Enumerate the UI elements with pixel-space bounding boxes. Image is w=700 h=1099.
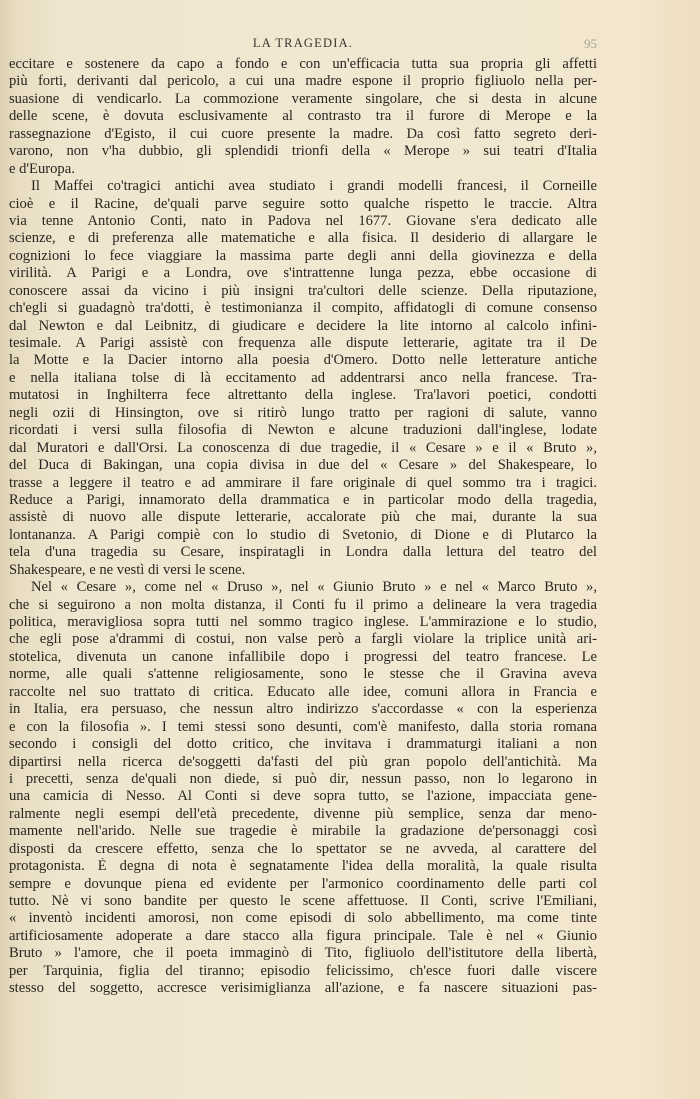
paragraph-start-line: Il Maffei co'tragici antichi avea studia… <box>9 178 597 195</box>
book-page: LA TRAGEDIA. 95 eccitare e sostenere da … <box>0 0 700 1099</box>
paragraph-end-line: Shakespeare, e ne vestì di versi le scen… <box>9 562 597 579</box>
text-line: norme, alle quali s'attenne religiosamen… <box>9 666 597 683</box>
text-line: sempre e dovunque piena ed evidente per … <box>9 876 597 893</box>
text-line: conoscere assai da vicino i più insigni … <box>9 283 597 300</box>
text-line: assistè di nuovo alle dispute letterarie… <box>9 509 597 526</box>
text-line: delle scene, è dovuta esclusivamente al … <box>9 108 597 125</box>
text-line: negli ozii di Hinsington, ove si ritirò … <box>9 405 597 422</box>
text-line: del Duca di Bakingan, una copia divisa i… <box>9 457 597 474</box>
text-line: protagonista. È degna di nota è segnatam… <box>9 858 597 875</box>
text-line: ralmente negli esempi dell'età precedent… <box>9 806 597 823</box>
text-line: « inventò incidenti amorosi, non come ep… <box>9 910 597 927</box>
text-line: artificiosamente adoperate a dare stacco… <box>9 928 597 945</box>
text-line: scienze, e di preferenza alle matematich… <box>9 230 597 247</box>
text-line: e nella italiana tolse di là eccitamento… <box>9 370 597 387</box>
text-line: che egli pose a'drammi di costui, non va… <box>9 631 597 648</box>
text-line: i precetti, senza de'quali non diede, si… <box>9 771 597 788</box>
text-line: secondo i consigli del dotto critico, ch… <box>9 736 597 753</box>
text-line: in Italia, era persuaso, che nessun altr… <box>9 701 597 718</box>
text-line: Bruto » l'amore, che il poeta immaginò d… <box>9 945 597 962</box>
text-line: raccolte nel suo trattato di critica. Ed… <box>9 684 597 701</box>
text-line: trasse a leggere il teatro e ad ammirare… <box>9 475 597 492</box>
text-line: rassegnazione d'Egisto, il cui cuore pre… <box>9 126 597 143</box>
text-line: tesimale. A Parigi assistè con frequenza… <box>9 335 597 352</box>
text-line: dal Newton e dal Leibnitz, di giudicare … <box>9 318 597 335</box>
text-line: disposti da crescere effetto, senza che … <box>9 841 597 858</box>
paragraph-end-line: e d'Europa. <box>9 161 597 178</box>
running-title: LA TRAGEDIA. <box>9 36 597 51</box>
text-line: ricordati i versi sulla filosofia di New… <box>9 422 597 439</box>
text-line: politica, meravigliosa sopra tutti nel s… <box>9 614 597 631</box>
text-line: stesso del soggetto, accresce verisimigl… <box>9 980 597 997</box>
text-line: tela d'una tragedia su Cesare, inspirata… <box>9 544 597 561</box>
paragraph-start-line: Nel « Cesare », come nel « Druso », nel … <box>9 579 597 596</box>
text-line: cognizioni lo fece viaggiare la massima … <box>9 248 597 265</box>
text-line: stotelica, divenuta un canone infallibil… <box>9 649 597 666</box>
text-line: la Motte e la Dacier intorno alla poesia… <box>9 352 597 369</box>
text-line: una camicia di Nesso. Al Conti si deve s… <box>9 788 597 805</box>
text-line: ch'egli si guadagnò tra'dotti, è testimo… <box>9 300 597 317</box>
text-line: mamente nell'arido. Nelle sue tragedie è… <box>9 823 597 840</box>
text-line: via tenne Antonio Conti, nato in Padova … <box>9 213 597 230</box>
text-line: Reduce a Parigi, innamorato della dramma… <box>9 492 597 509</box>
text-line: mutatosi in Inghilterra fece altrettanto… <box>9 387 597 404</box>
text-line: virilità. A Parigi e a Londra, ove s'int… <box>9 265 597 282</box>
page-header: LA TRAGEDIA. 95 <box>9 36 597 56</box>
text-line: cioè e il Racine, de'quali parve seguire… <box>9 196 597 213</box>
page-number: 95 <box>584 36 597 52</box>
body-text: eccitare e sostenere da capo a fondo e c… <box>9 56 597 998</box>
text-line: che si seguirono a non molta distanza, i… <box>9 597 597 614</box>
text-line: varono, non v'ha dubbio, gli splendidi t… <box>9 143 597 160</box>
text-line: e con la filosofia ». I temi stessi sono… <box>9 719 597 736</box>
text-line: suasione di vendicarlo. La commozione ve… <box>9 91 597 108</box>
text-line: dipartirsi nella ricerca de'soggetti da'… <box>9 754 597 771</box>
text-line: tutto. Nè vi sono bandite per questo le … <box>9 893 597 910</box>
text-line: eccitare e sostenere da capo a fondo e c… <box>9 56 597 73</box>
text-line: per Tarquinia, figlia del tiranno; episo… <box>9 963 597 980</box>
text-line: più forti, derivanti dal pericolo, a cui… <box>9 73 597 90</box>
text-line: dal Muratori e dall'Orsi. La conoscenza … <box>9 440 597 457</box>
text-line: lontananza. A Parigi compiè con lo studi… <box>9 527 597 544</box>
